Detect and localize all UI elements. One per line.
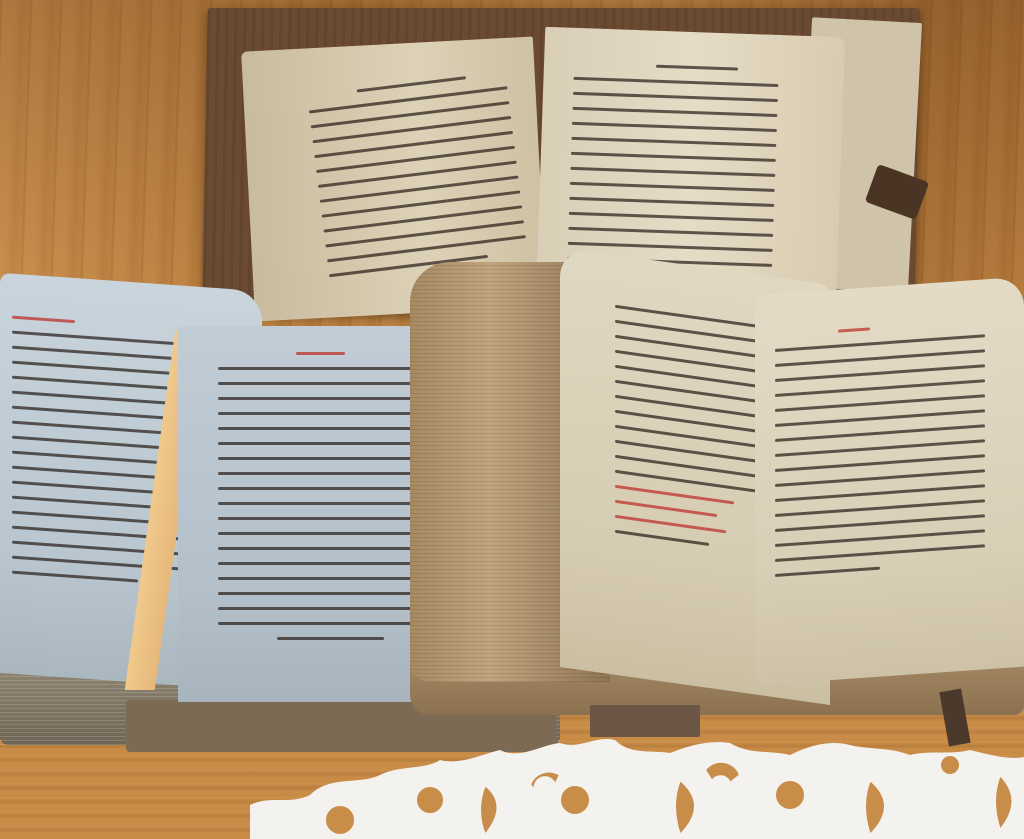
text-lines	[775, 319, 985, 589]
text-lines	[218, 352, 413, 652]
right-book-right-page	[755, 277, 1024, 686]
photo-scene: Photograph of three antique Church Slavo…	[0, 0, 1024, 839]
right-book-cover-edge	[590, 705, 700, 737]
lace-doily	[250, 735, 1024, 839]
left-book-right-page	[178, 326, 428, 702]
text-lines	[307, 71, 529, 289]
